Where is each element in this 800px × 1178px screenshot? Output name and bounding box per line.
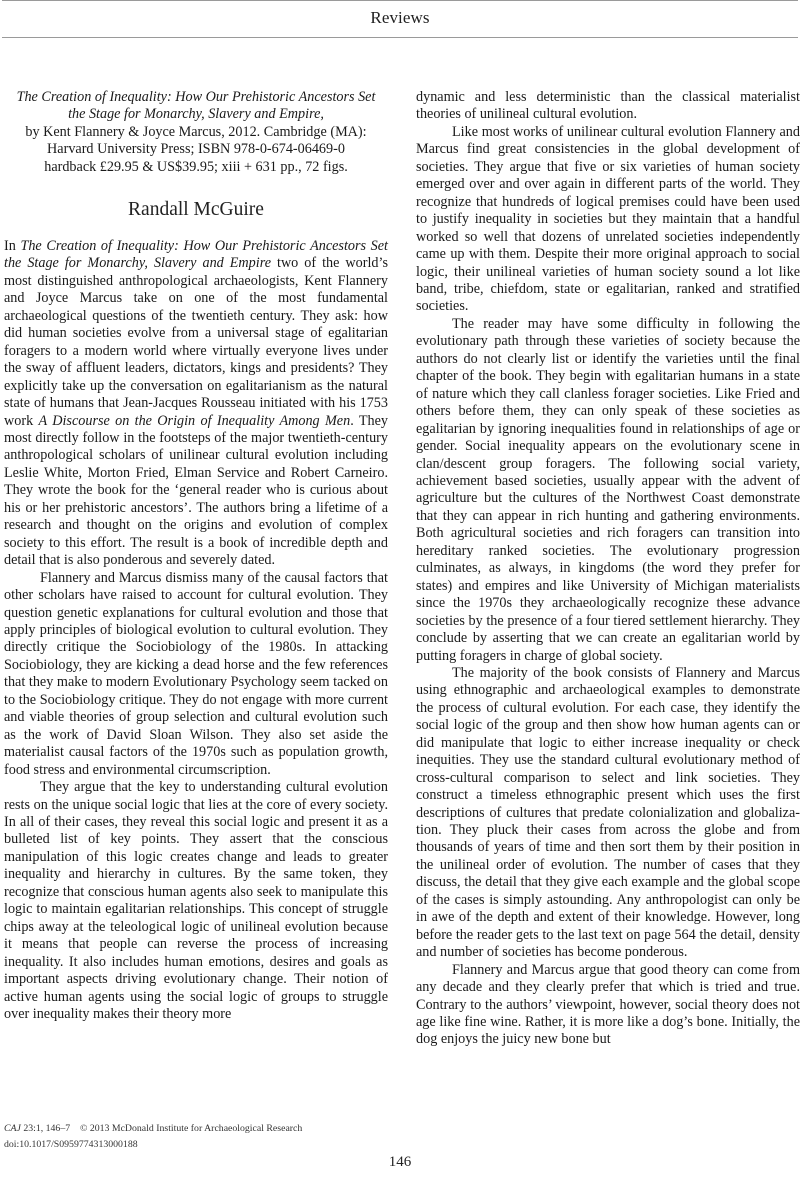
left-column: The Creation of Inequality: How Our Preh… — [4, 89, 388, 1023]
text: two of the world’s most distinguished an… — [4, 255, 388, 428]
paragraph: Flannery and Marcus dismiss many of the … — [4, 570, 388, 779]
text: In — [4, 238, 20, 254]
page-number: 146 — [0, 1154, 800, 1171]
book-price: hardback £29.95 & US$39.95; xiii + 631 p… — [4, 159, 388, 176]
copyright: © 2013 McDonald Institute for Archaeolog… — [80, 1123, 302, 1134]
paragraph: Like most works of unilinear cultural ev… — [416, 124, 800, 316]
book-publisher: Harvard University Press; ISBN 978-0-674… — [4, 141, 388, 158]
reviewer-name: Randall McGuire — [4, 199, 388, 221]
header-top-rule — [2, 0, 798, 1]
doi[interactable]: doi:10.1017/S0959774313000188 — [4, 1137, 302, 1153]
paragraph: dynamic and less deterministic than the … — [416, 89, 800, 124]
text: . They most directly follow in the foots… — [4, 413, 388, 569]
paragraph: Flannery and Marcus argue that good theo… — [416, 962, 800, 1049]
paragraph: The reader may have some difficulty in f… — [416, 316, 800, 665]
book-byline: by Kent Flannery & Joyce Marcus, 2012. C… — [4, 124, 388, 141]
book-title-line-1: The Creation of Inequality: How Our Preh… — [4, 89, 388, 106]
paragraph: The majority of the book consists of Fla… — [416, 665, 800, 962]
right-column: dynamic and less deterministic than the … — [416, 89, 800, 1049]
book-title-line-2: the Stage for Monarchy, Slavery and Empi… — [4, 106, 388, 123]
work-title-italic: A Discourse on the Origin of Inequality … — [39, 413, 351, 429]
book-citation: The Creation of Inequality: How Our Preh… — [4, 89, 388, 176]
volume-pages: 23:1, 146–7 — [21, 1123, 70, 1134]
paragraph: They argue that the key to understanding… — [4, 779, 388, 1023]
running-head: Reviews — [0, 8, 800, 28]
journal-abbrev: CAJ — [4, 1123, 21, 1134]
citation-line: CAJ 23:1, 146–7 © 2013 McDonald Institut… — [4, 1121, 302, 1137]
paragraph: In The Creation of Inequality: How Our P… — [4, 238, 388, 570]
footer-citation: CAJ 23:1, 146–7 © 2013 McDonald Institut… — [4, 1121, 302, 1153]
header-bottom-rule — [2, 37, 798, 38]
